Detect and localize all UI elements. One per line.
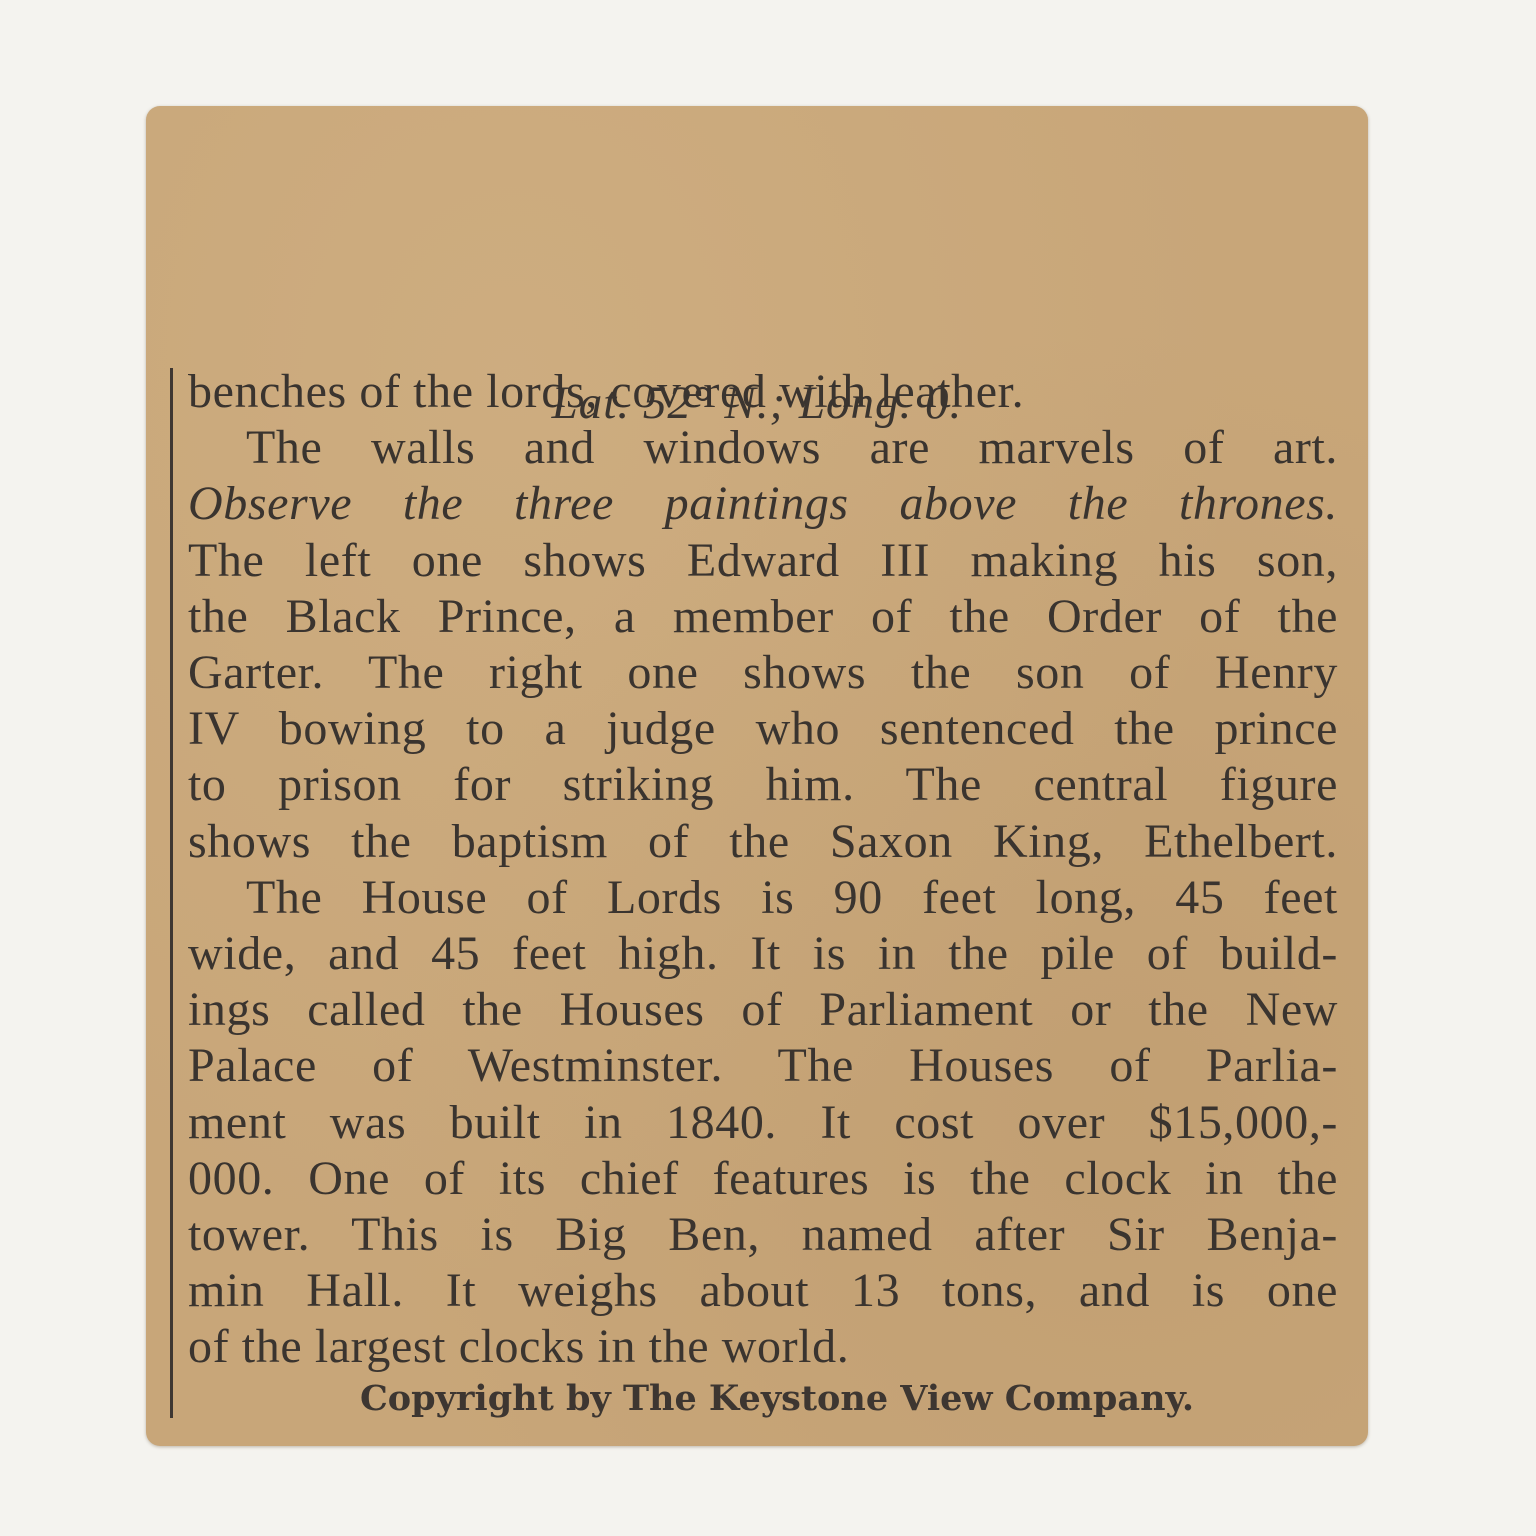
- text-line: to prison for striking him. The central …: [188, 757, 1338, 813]
- text-line: the Black Prince, a member of the Order …: [188, 589, 1338, 645]
- text-line: ings called the Houses of Parliament or …: [188, 982, 1338, 1038]
- text-line: Observe the three paintings above the th…: [188, 476, 1338, 532]
- copyright-notice: Copyright by The Keystone View Company.: [146, 1378, 1368, 1419]
- text-line: Palace of Westminster. The Houses of Par…: [188, 1038, 1338, 1094]
- left-margin-rule: [170, 368, 173, 1418]
- description-text: benches of the lords, covered with leath…: [188, 364, 1338, 1376]
- text-line: of the largest clocks in the world.: [188, 1319, 1338, 1375]
- text-line: The House of Lords is 90 feet long, 45 f…: [188, 870, 1338, 926]
- text-line: benches of the lords, covered with leath…: [188, 364, 1338, 420]
- text-line: IV bowing to a judge who sentenced the p…: [188, 701, 1338, 757]
- text-line: ment was built in 1840. It cost over $15…: [188, 1095, 1338, 1151]
- text-line: The walls and windows are marvels of art…: [188, 420, 1338, 476]
- text-line: 000. One of its chief features is the cl…: [188, 1151, 1338, 1207]
- text-line: The left one shows Edward III making his…: [188, 533, 1338, 589]
- text-line: Garter. The right one shows the son of H…: [188, 645, 1338, 701]
- stereoview-card-back: Lat. 52° N.; Long. 0. benches of the lor…: [146, 106, 1368, 1446]
- text-line: tower. This is Big Ben, named after Sir …: [188, 1207, 1338, 1263]
- text-line: min Hall. It weighs about 13 tons, and i…: [188, 1263, 1338, 1319]
- text-line: shows the baptism of the Saxon King, Eth…: [188, 814, 1338, 870]
- text-line: wide, and 45 feet high. It is in the pil…: [188, 926, 1338, 982]
